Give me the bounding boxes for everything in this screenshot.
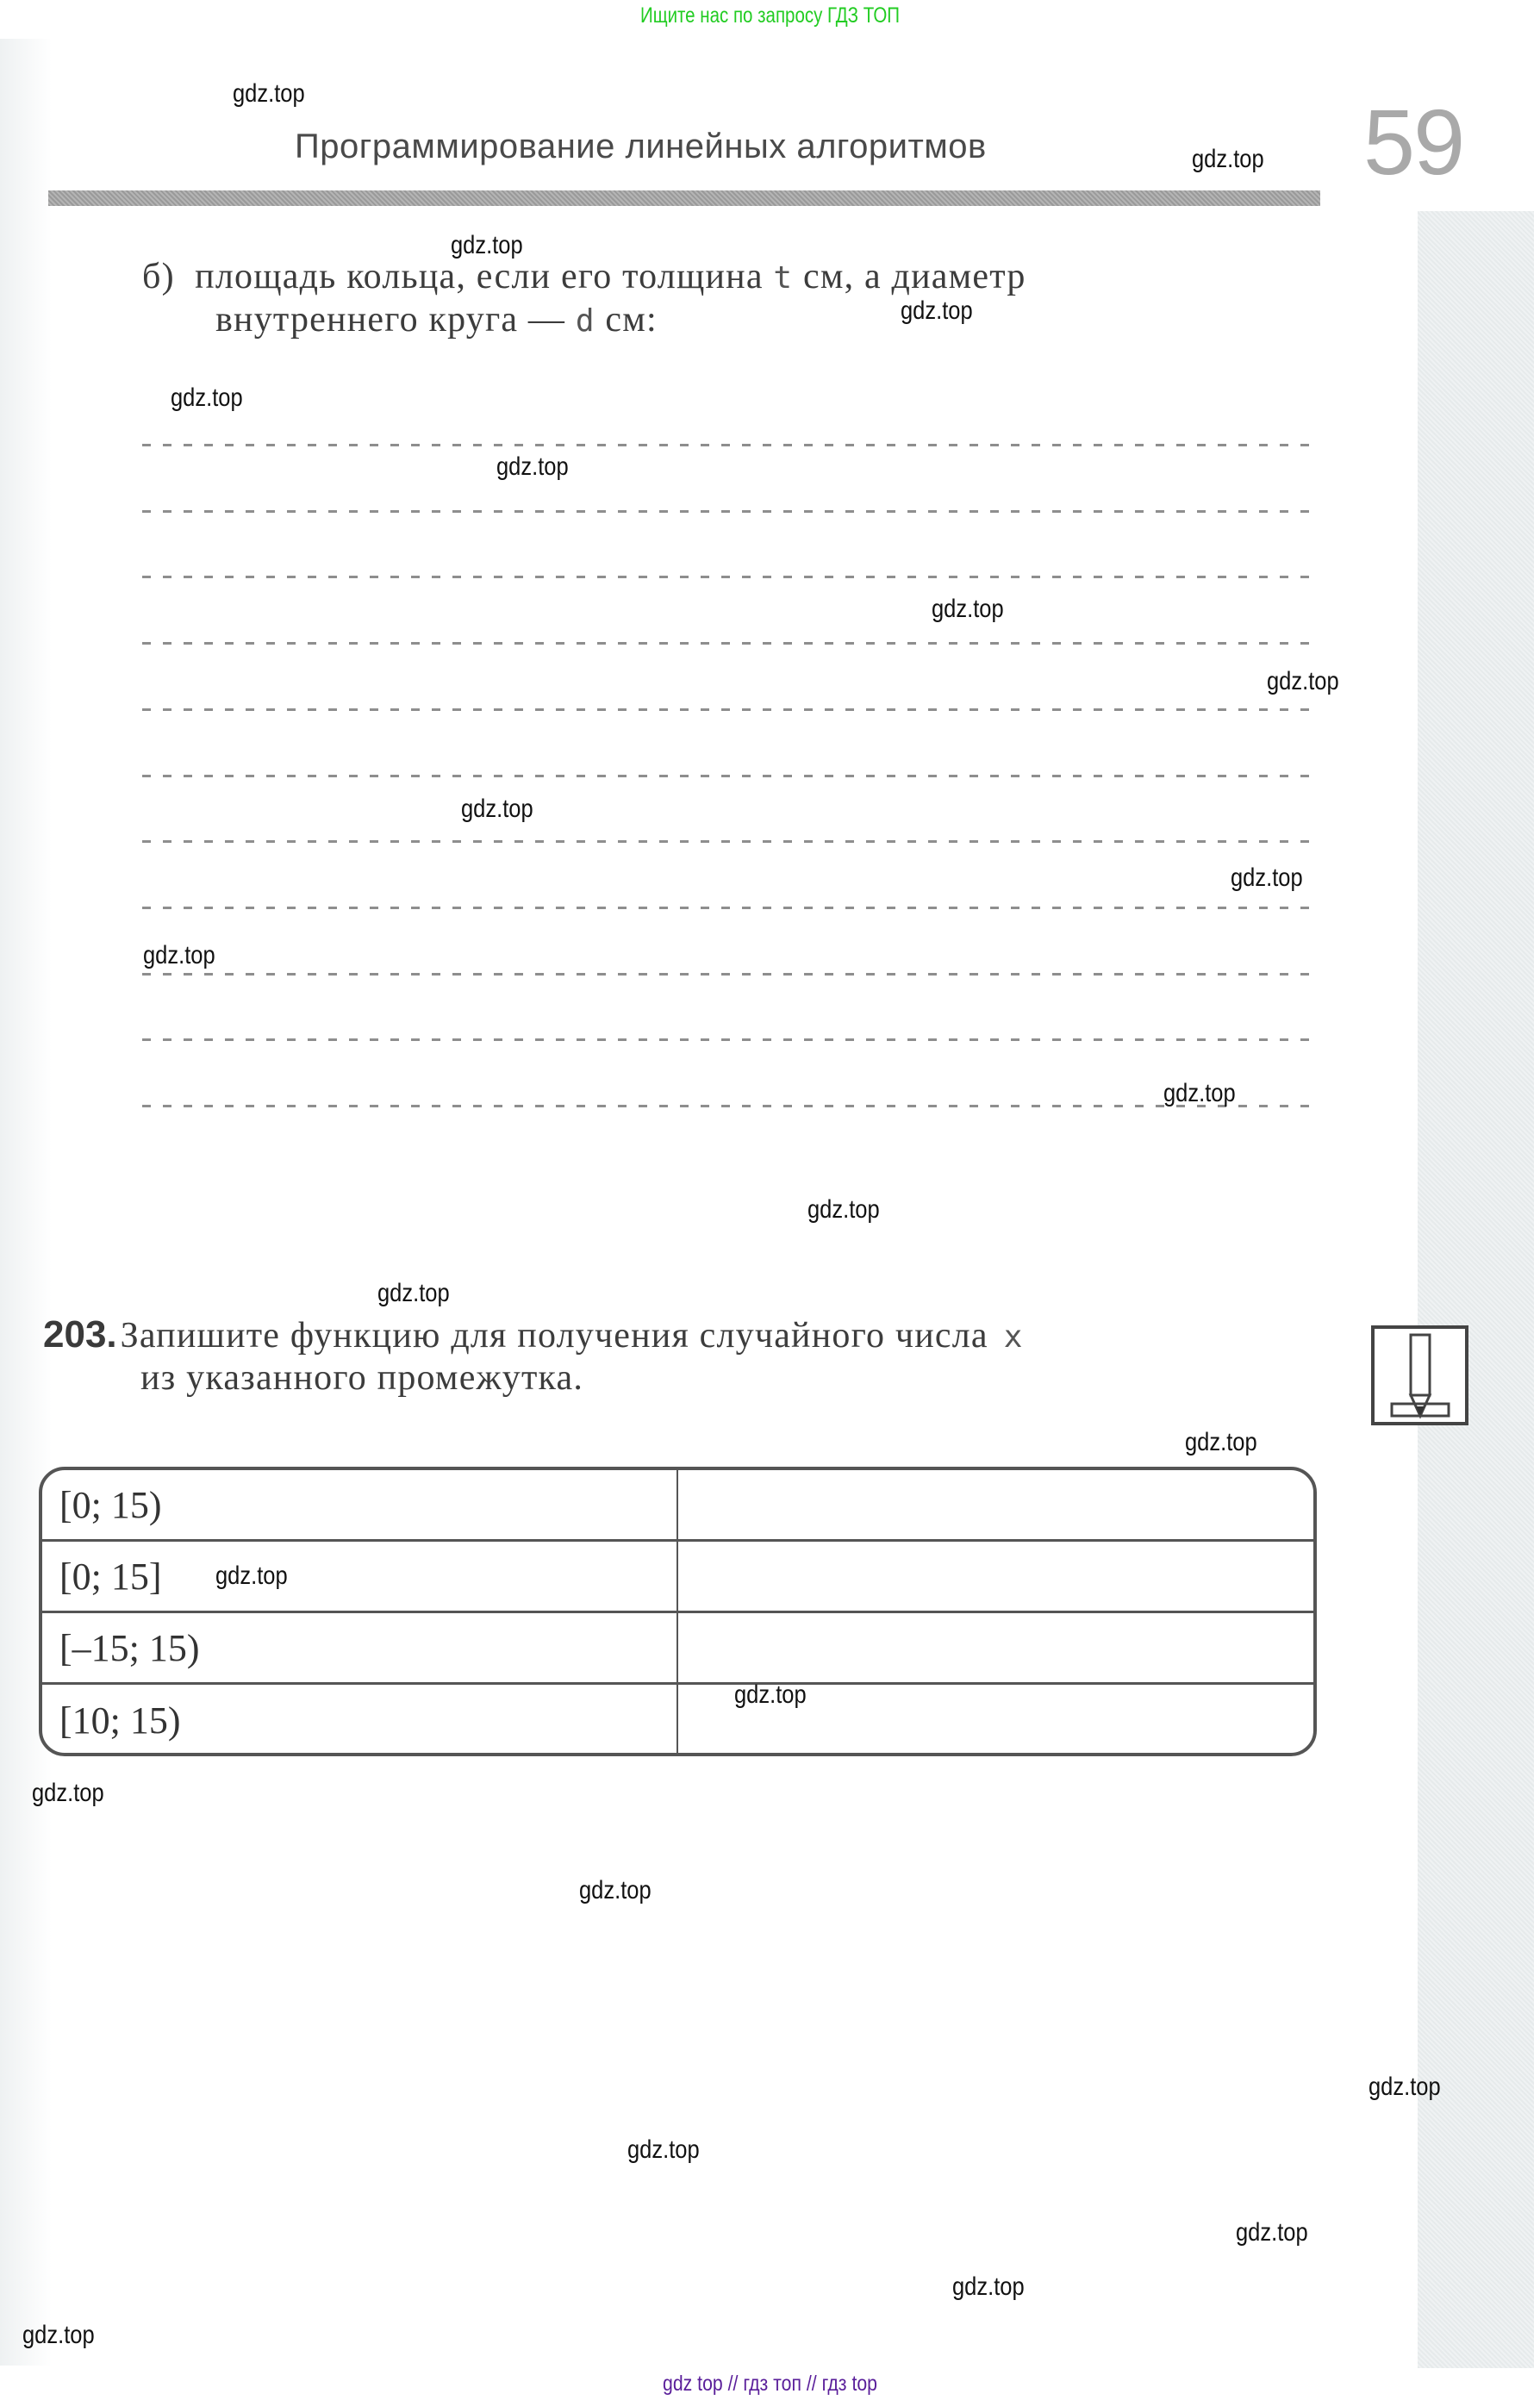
answer-line[interactable] <box>142 1038 1320 1041</box>
task-b-label: б) <box>142 257 175 296</box>
watermark[interactable]: gdz.top <box>22 2321 95 2350</box>
watermark[interactable]: gdz.top <box>579 1876 652 1905</box>
answer-cell[interactable] <box>678 1542 1313 1611</box>
task-203-line-1: 203. Запишите функцию для получения случ… <box>43 1313 1022 1356</box>
watermark[interactable]: gdz.top <box>1236 2218 1308 2247</box>
header-rule <box>48 190 1320 206</box>
watermark[interactable]: gdz.top <box>496 452 569 482</box>
task-203-line-2: из указанного промежутка. <box>140 1357 583 1399</box>
task-203-text: Запишите функцию для получения случайног… <box>121 1316 988 1356</box>
task-b-text: площадь кольца, если его толщина <box>195 257 764 296</box>
interval-cell: [–15; 15) <box>42 1613 678 1682</box>
page-side-strip <box>1418 211 1534 2368</box>
watermark[interactable]: gdz.top <box>215 1562 288 1591</box>
watermark[interactable]: gdz.top <box>1192 145 1264 174</box>
interval-table: [0; 15) [0; 15] [–15; 15) [10; 15) <box>39 1467 1317 1756</box>
watermark[interactable]: gdz.top <box>1231 863 1303 893</box>
answer-line[interactable] <box>142 973 1320 976</box>
variable-x: x <box>1004 1319 1023 1355</box>
page-number: 59 <box>1363 88 1463 196</box>
answer-line[interactable] <box>142 907 1320 909</box>
answer-line[interactable] <box>142 510 1320 513</box>
top-banner[interactable]: Ищите нас по запросу ГДЗ ТОП <box>139 3 1401 28</box>
task-b-text: внутреннего круга — <box>215 300 565 340</box>
watermark[interactable]: gdz.top <box>1267 667 1339 696</box>
footer-links[interactable]: gdz top // гдз топ // гдз top <box>115 2372 1425 2397</box>
task-b-text: см, а диаметр <box>803 257 1026 296</box>
answer-line[interactable] <box>142 775 1320 777</box>
watermark[interactable]: gdz.top <box>377 1279 450 1308</box>
answer-line[interactable] <box>142 708 1320 711</box>
task-b-line-1: б) площадь кольца, если его толщина t см… <box>142 256 1026 297</box>
pencil-write-icon <box>1370 1325 1469 1426</box>
table-row: [0; 15) <box>42 1470 1313 1542</box>
variable-d: d <box>576 303 595 339</box>
answer-line[interactable] <box>142 840 1320 843</box>
page-header-title: Программирование линейных алгоритмов <box>295 128 987 166</box>
answer-cell[interactable] <box>678 1470 1313 1539</box>
answer-line[interactable] <box>142 576 1320 578</box>
table-row: [10; 15) <box>42 1685 1313 1756</box>
watermark[interactable]: gdz.top <box>932 595 1004 624</box>
watermark[interactable]: gdz.top <box>1163 1079 1236 1108</box>
answer-line[interactable] <box>142 642 1320 645</box>
watermark[interactable]: gdz.top <box>233 79 305 109</box>
variable-t: t <box>773 260 793 296</box>
watermark[interactable]: gdz.top <box>901 296 973 326</box>
watermark[interactable]: gdz.top <box>952 2272 1025 2302</box>
watermark[interactable]: gdz.top <box>32 1779 104 1808</box>
watermark[interactable]: gdz.top <box>734 1680 807 1710</box>
task-b-text: см: <box>605 300 658 340</box>
interval-cell: [0; 15) <box>42 1470 678 1539</box>
task-number: 203. <box>43 1313 117 1356</box>
interval-cell: [0; 15] <box>42 1542 678 1611</box>
watermark[interactable]: gdz.top <box>1185 1428 1257 1457</box>
answer-line[interactable] <box>142 1105 1320 1107</box>
answer-line[interactable] <box>142 444 1320 446</box>
watermark[interactable]: gdz.top <box>171 383 243 413</box>
watermark[interactable]: gdz.top <box>807 1195 880 1225</box>
scan-edge-shade <box>0 39 52 2366</box>
watermark[interactable]: gdz.top <box>627 2135 700 2165</box>
task-b-line-2: внутреннего круга — d см: <box>215 299 658 340</box>
watermark[interactable]: gdz.top <box>1369 2073 1441 2102</box>
watermark[interactable]: gdz.top <box>143 941 215 970</box>
interval-cell: [10; 15) <box>42 1685 678 1756</box>
answer-cell[interactable] <box>678 1613 1313 1682</box>
table-row: [–15; 15) <box>42 1613 1313 1685</box>
watermark[interactable]: gdz.top <box>451 231 523 260</box>
watermark[interactable]: gdz.top <box>461 795 533 824</box>
